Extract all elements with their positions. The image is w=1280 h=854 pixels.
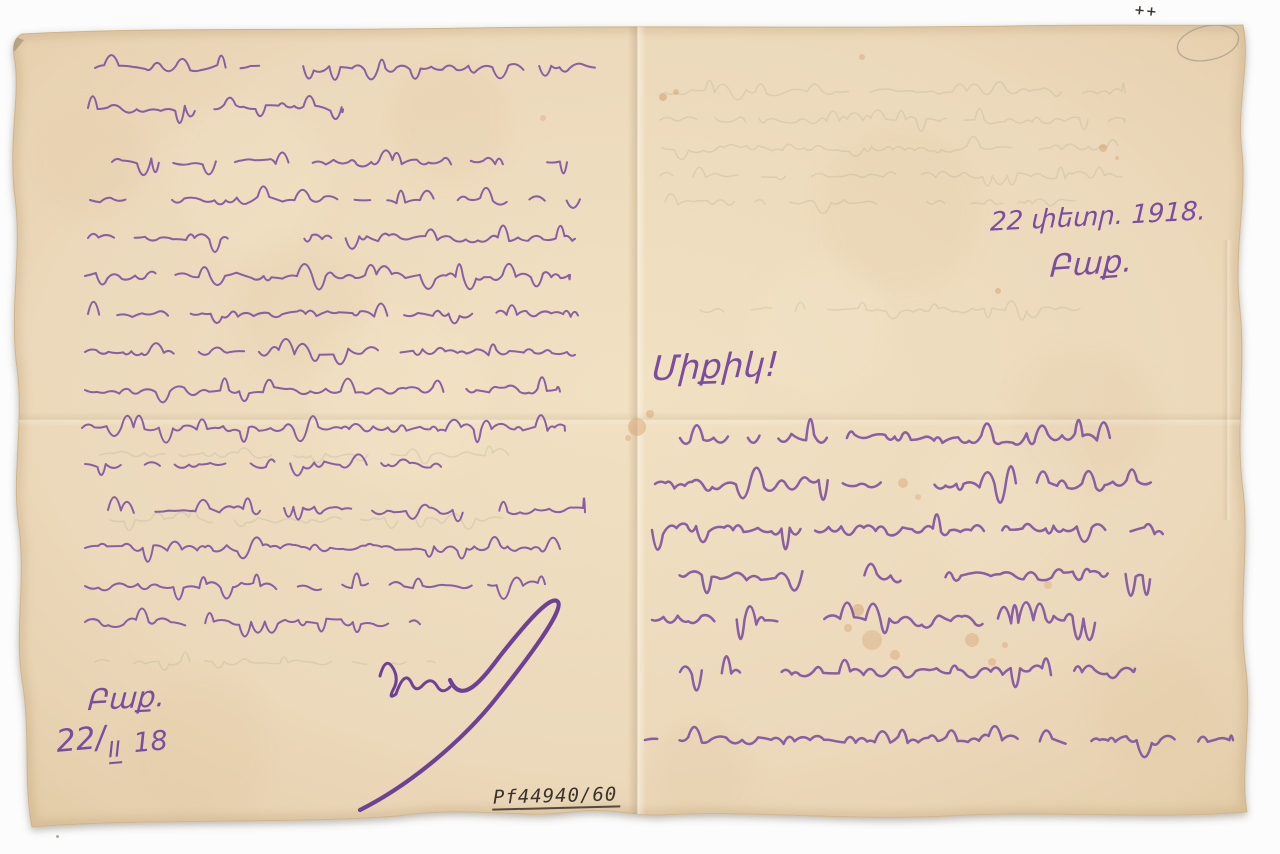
archival-number-stamp: Pf44940/60 xyxy=(492,785,621,810)
right-page-place: Բաք. xyxy=(1049,246,1133,283)
greeting-text: Միքիկ! xyxy=(651,348,780,387)
scanned-letter: ++ 22 փետր. 1918. Բաք. Միքիկ! Բաք. 22/II… xyxy=(0,0,1280,854)
left-date-month: II xyxy=(107,739,122,764)
dust-speck xyxy=(56,835,59,838)
left-date-day: 22/ xyxy=(55,720,108,760)
letter-scan xyxy=(0,0,1280,854)
left-page-place: Բաք. xyxy=(87,682,166,715)
corner-annotation-mark: ++ xyxy=(1133,4,1158,19)
left-page-date: 22/II18 xyxy=(55,717,169,759)
left-date-year: 18 xyxy=(132,727,169,757)
right-edge-crease xyxy=(1222,240,1232,520)
